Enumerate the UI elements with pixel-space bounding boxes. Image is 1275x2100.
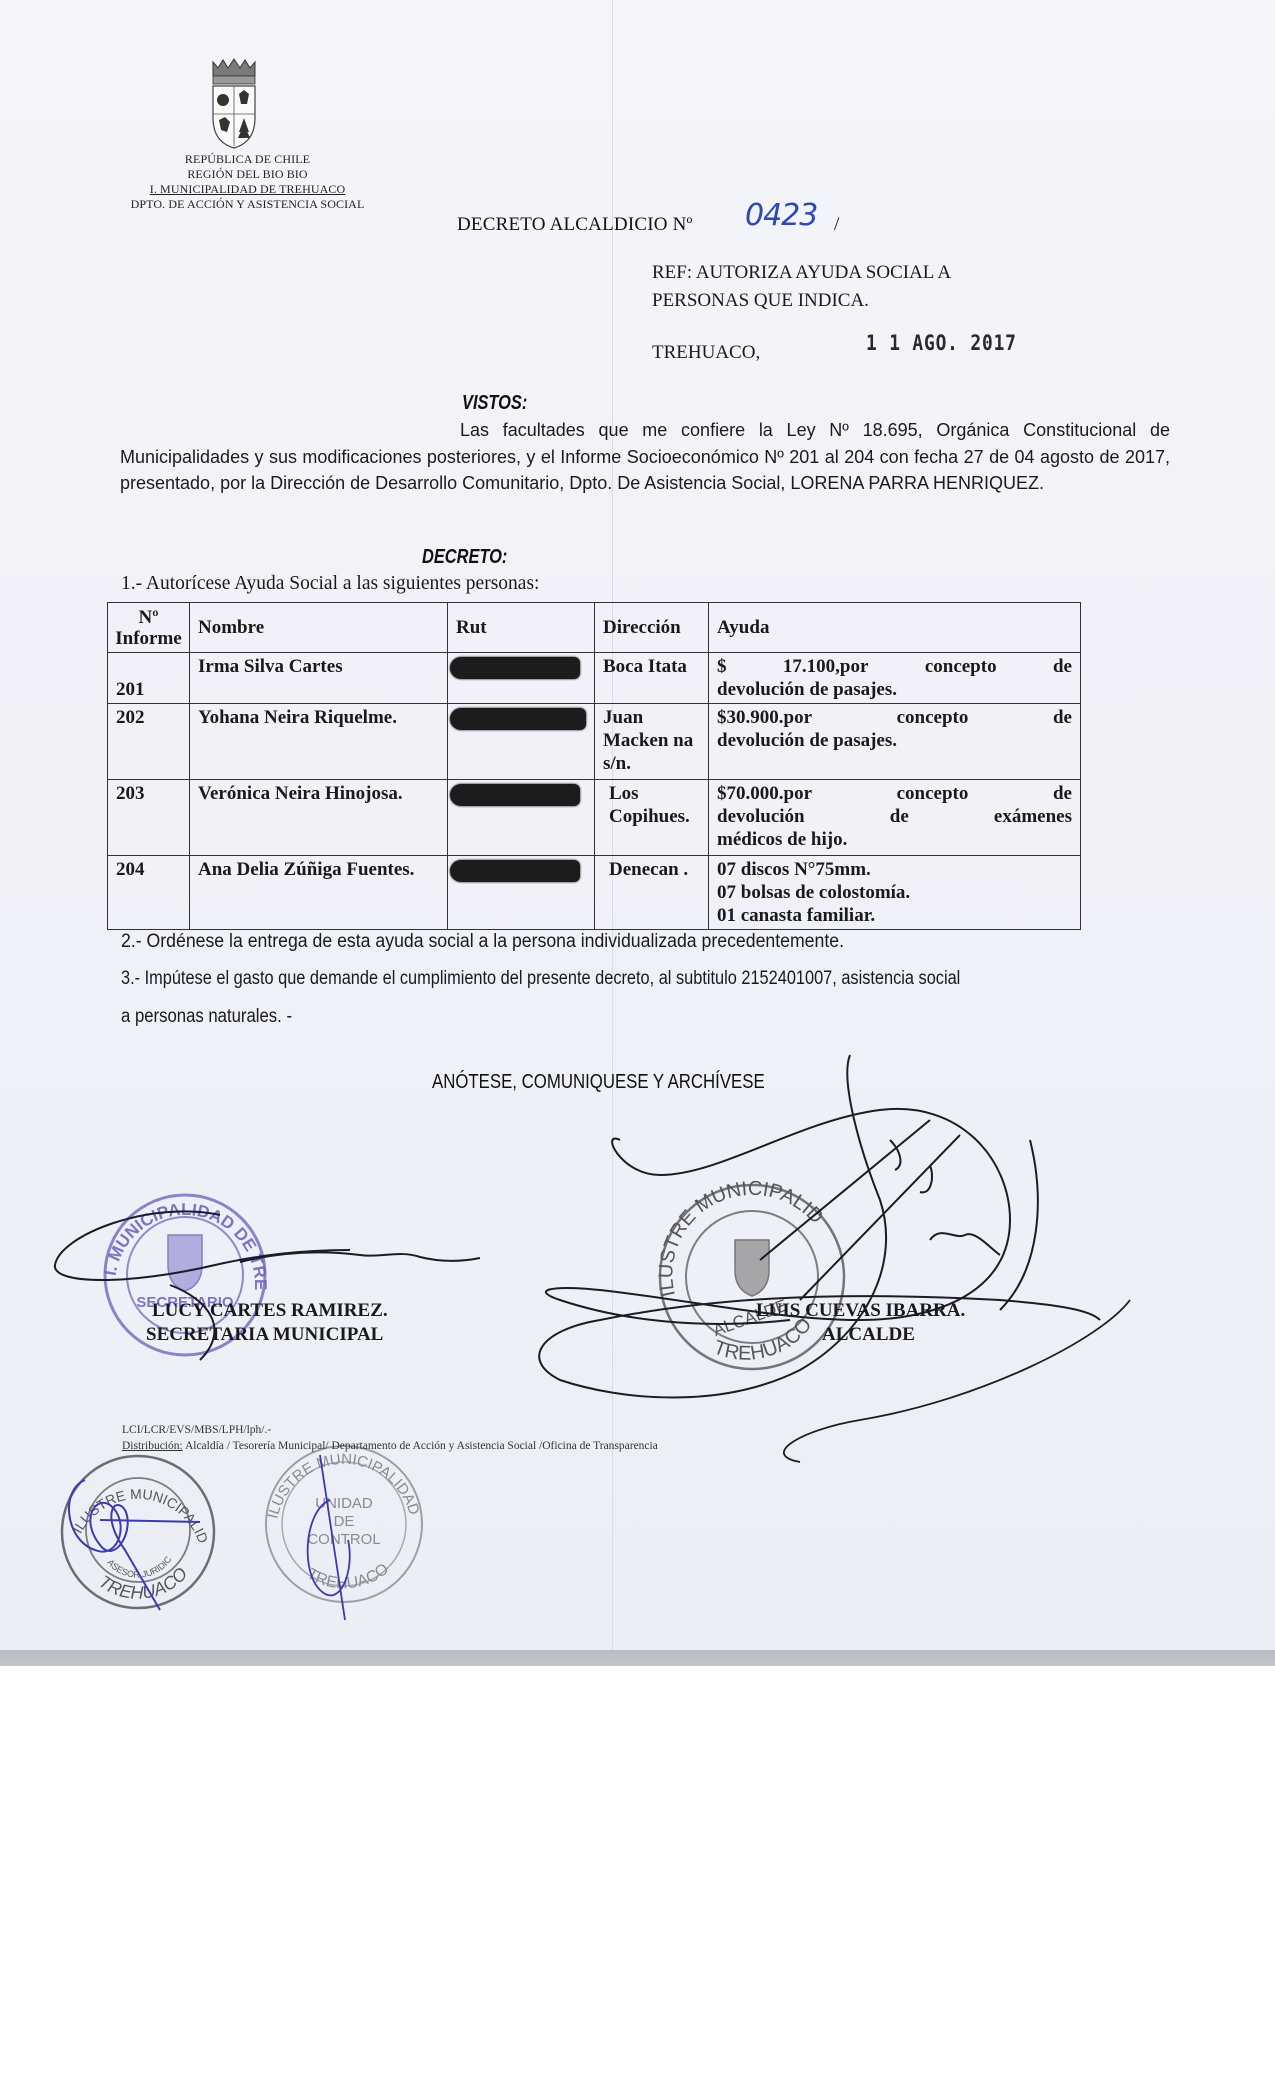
page-bottom-edge bbox=[0, 1650, 1275, 1666]
footer-distribution: Distribución: Alcaldía / Tesorería Munic… bbox=[122, 1440, 658, 1452]
distribution-label: Distribución: bbox=[122, 1440, 183, 1452]
distribution-text: Alcaldía / Tesorería Municipal/ Departam… bbox=[183, 1440, 658, 1452]
footer-initials: LCI/LCR/EVS/MBS/LPH/lph/.- bbox=[122, 1424, 271, 1436]
handwritten-signatures bbox=[0, 0, 1275, 1650]
